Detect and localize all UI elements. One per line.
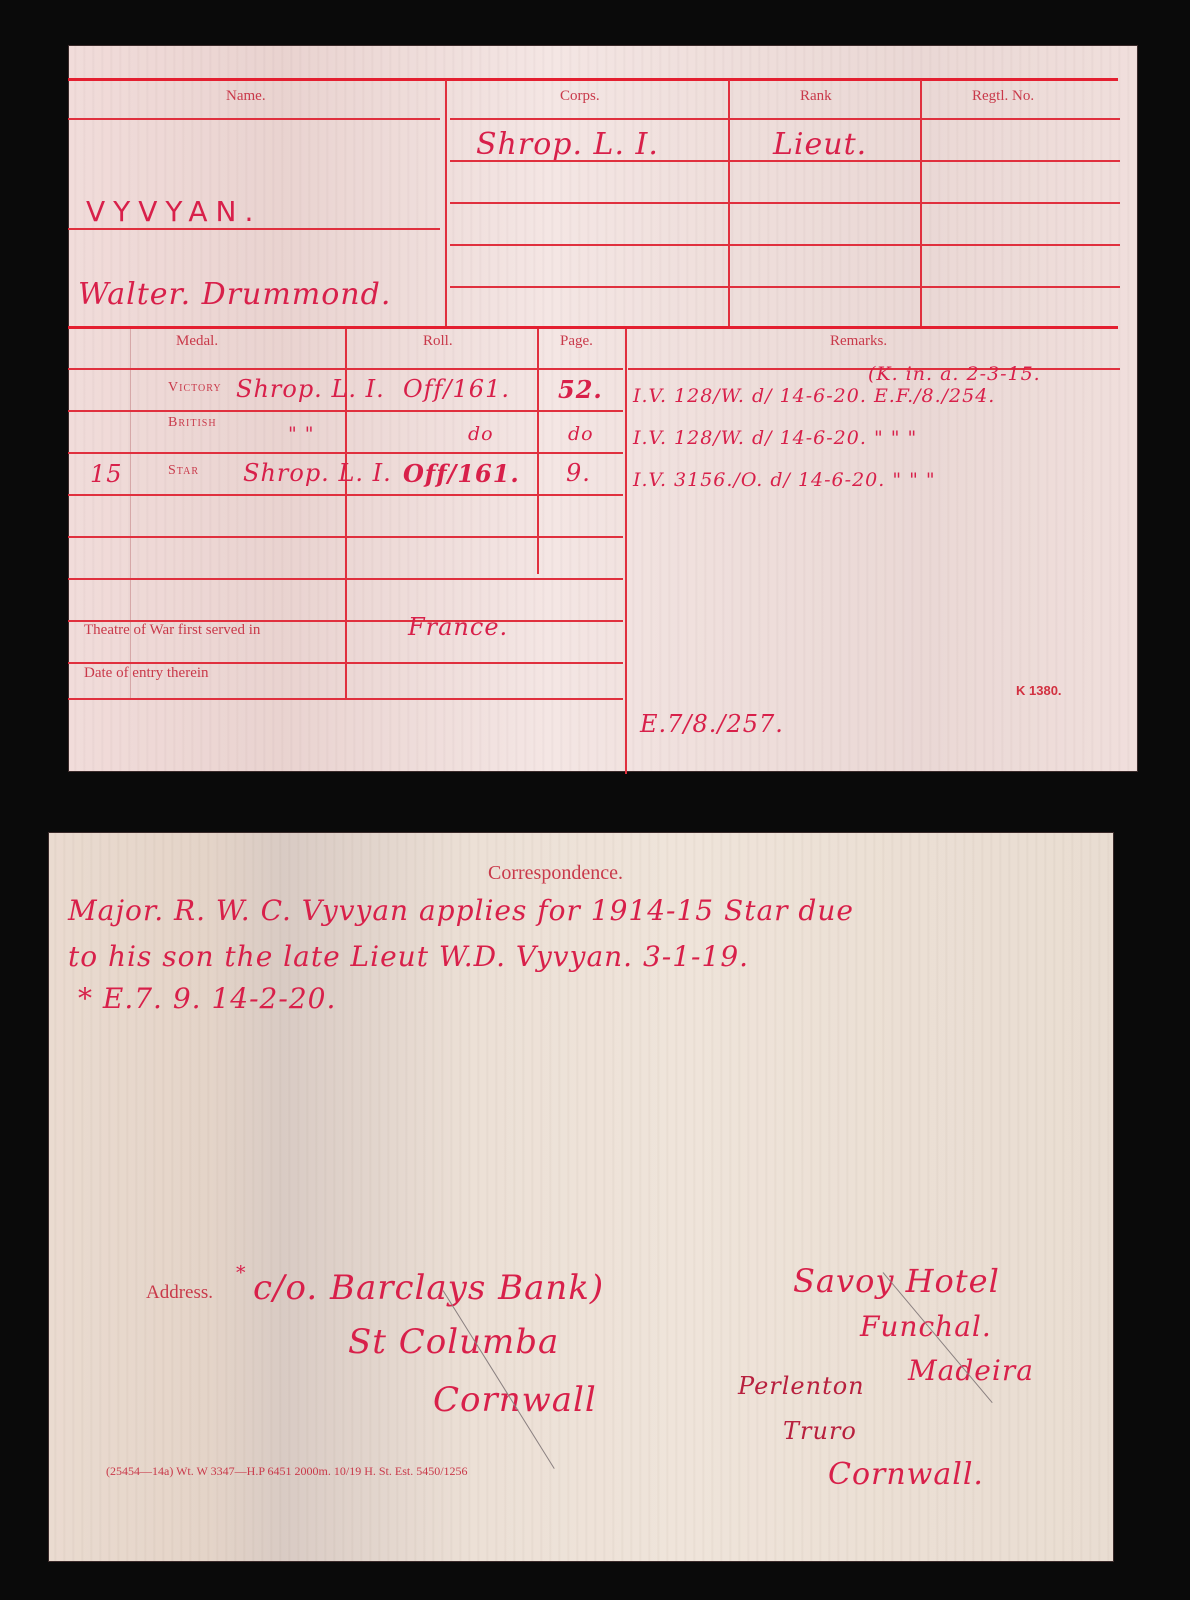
correspondence-line: * E.7. 9. 14-2-20.: [78, 982, 336, 1015]
medal-roll: do: [468, 423, 494, 445]
address-line: Funchal.: [860, 1310, 992, 1343]
medal-rule: [68, 698, 623, 700]
address-line: c/o. Barclays Bank): [253, 1268, 604, 1308]
medal-label: Star: [168, 463, 199, 479]
medal-rule: [68, 410, 623, 412]
address-label: Address.: [146, 1282, 213, 1304]
header-corps: Corps.: [560, 88, 600, 105]
prefix-column-guide: [130, 329, 131, 699]
medal-corps: " ": [288, 423, 315, 445]
correspondence-line: to his son the late Lieut W.D. Vyvyan. 3…: [68, 940, 749, 973]
date-entry-label: Date of entry therein: [84, 665, 209, 682]
address-line: Cornwall: [433, 1380, 597, 1420]
medal-rule: [68, 368, 623, 370]
corps-value: Shrop. L. I.: [476, 127, 659, 162]
address-line: Truro: [783, 1417, 857, 1445]
theatre-value: France.: [408, 613, 508, 641]
address-marker: *: [236, 1262, 247, 1284]
medal-remarks: I.V. 128/W. d/ 14-6-20. " " ": [633, 427, 917, 449]
section-rule: [68, 326, 1118, 329]
header-page: Page.: [560, 333, 593, 350]
forenames-value: Walter. Drummond.: [78, 277, 391, 312]
row-rule: [450, 202, 1120, 204]
theatre-label: Theatre of War first served in: [84, 622, 260, 639]
correspondence-title: Correspondence.: [488, 862, 623, 885]
header-remarks: Remarks.: [830, 333, 887, 350]
medal-page: 9.: [566, 459, 591, 487]
medal-rule: [68, 452, 623, 454]
medal-corps: Shrop. L. I.: [243, 459, 392, 487]
print-footer: (25454—14a) Wt. W 3347—H.P 6451 2000m. 1…: [106, 1464, 468, 1479]
header-name: Name.: [226, 88, 266, 105]
row-rule: [450, 286, 1120, 288]
row-rule: [450, 244, 1120, 246]
name-rule: [68, 228, 440, 230]
medal-prefix: 15: [90, 460, 123, 488]
medal-rule: [68, 536, 623, 538]
header-medal: Medal.: [176, 333, 218, 350]
divider-page-remarks: [625, 329, 627, 774]
medal-rule: [68, 494, 623, 496]
bottom-reference-note: E.7/8./257.: [640, 710, 784, 738]
address-line: Savoy Hotel: [793, 1262, 1000, 1300]
address-line: St Columba: [348, 1322, 559, 1362]
medal-roll: Off/161.: [403, 375, 510, 403]
medal-index-card-front: Name. Corps. Rank Regtl. No. VYVYAN. Wal…: [68, 45, 1138, 772]
medal-label: Victory: [168, 380, 222, 396]
medal-label: British: [168, 415, 217, 431]
header-roll: Roll.: [423, 333, 453, 350]
address-line: Cornwall.: [828, 1457, 984, 1492]
medal-remarks: I.V. 128/W. d/ 14-6-20. E.F./8./254.: [633, 385, 995, 407]
medal-roll: Off/161.: [403, 459, 520, 488]
row-rule: [450, 118, 1120, 120]
medal-page: 52.: [558, 375, 603, 404]
top-rule: [68, 78, 1118, 81]
address-line: Perlenton: [738, 1372, 865, 1400]
medal-page: do: [568, 423, 594, 445]
header-regt-no: Regtl. No.: [972, 88, 1034, 105]
correspondence-line: Major. R. W. C. Vyvyan applies for 1914-…: [68, 894, 854, 927]
medal-rule: [68, 662, 623, 664]
form-number: K 1380.: [1016, 683, 1062, 698]
divider-name-corps: [445, 80, 447, 327]
surname-value: VYVYAN.: [86, 195, 261, 228]
rank-value: Lieut.: [773, 127, 867, 162]
medal-rule: [68, 578, 623, 580]
medal-corps: Shrop. L. I.: [236, 375, 385, 403]
name-rule: [68, 118, 440, 120]
header-rank: Rank: [800, 88, 832, 105]
medal-remarks: I.V. 3156./O. d/ 14-6-20. " " ": [633, 469, 936, 491]
medal-remarks-note: (K. in. a. 2-3-15.: [868, 363, 1041, 385]
medal-index-card-back: Correspondence. Major. R. W. C. Vyvyan a…: [48, 832, 1114, 1562]
address-line: Madeira: [908, 1354, 1034, 1387]
